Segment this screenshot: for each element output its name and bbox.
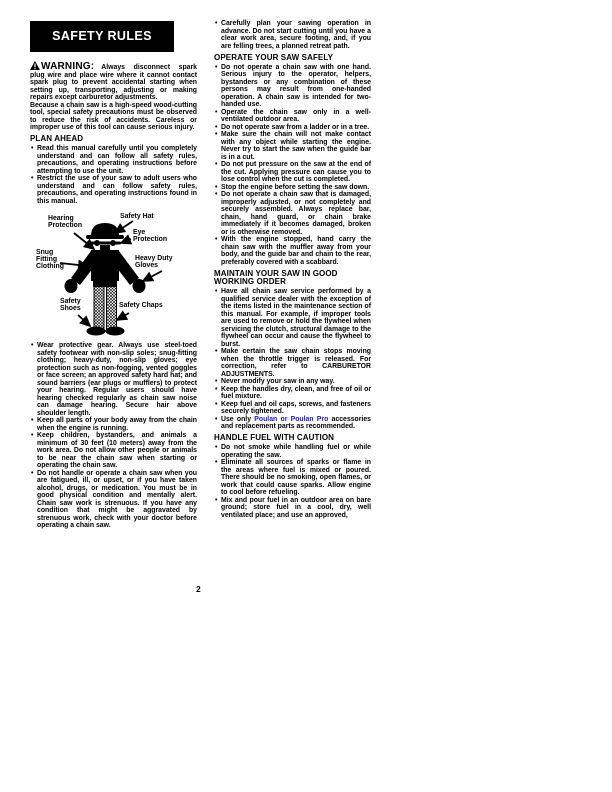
list-item: Make sure the chain will not make contac… — [214, 131, 371, 161]
arrow-eye-protection — [121, 239, 131, 243]
list-item: Restrict the use of your saw to adult us… — [30, 175, 197, 205]
heading-operate-your-saw-safely: OPERATE YOUR SAW SAFELY — [214, 54, 371, 63]
list-item: Do not operate a chain saw with one hand… — [214, 64, 371, 109]
figure-label-safety-chaps: Safety Chaps — [119, 302, 179, 309]
hat-brim-graphic — [86, 235, 124, 239]
list-item-use-only: Use only Poulan or Poulan Pro accessorie… — [214, 416, 371, 431]
poulan-brand-link[interactable]: Poulan or Poulan Pro — [254, 416, 328, 423]
arrow-safety-shoes — [78, 315, 90, 326]
use-only-text-pre: Use only — [221, 416, 254, 423]
list-item: Mix and pour fuel in an outdoor area on … — [214, 497, 371, 520]
list-item: Have all chain saw service performed by … — [214, 288, 371, 348]
list-item: Eliminate all sources of sparks or flame… — [214, 459, 371, 497]
right-shoe-graphic — [106, 327, 125, 336]
warning-paragraph: WARNING:Always disconnect spark plug wir… — [30, 61, 197, 102]
figure-label-snug-fitting-clothing: Snug Fitting Clothing — [36, 249, 72, 270]
page-title: SAFETY RULES — [52, 33, 152, 41]
arrow-safety-hat — [115, 221, 133, 233]
list-item: Keep the handles dry, clean, and free of… — [214, 386, 371, 401]
warning-triangle-icon — [30, 61, 40, 70]
heading-handle-fuel-with-caution: HANDLE FUEL WITH CAUTION — [214, 434, 371, 443]
right-column: Carefully plan your sawing operation in … — [214, 20, 371, 519]
figure-label-hearing-protection: Hearing Protection — [48, 215, 90, 229]
figure-label-safety-hat: Safety Hat — [120, 213, 170, 220]
section-title-bar: SAFETY RULES — [30, 21, 174, 52]
list-item: Wear protective gear. Always use steel-t… — [30, 342, 197, 417]
warning-heading: WARNING: — [30, 61, 94, 72]
left-glove-graphic — [65, 279, 78, 293]
figure-label-safety-shoes: Safety Shoes — [60, 298, 90, 312]
protective-gear-diagram: Hearing Protection Safety Hat Eye Protec… — [30, 209, 197, 339]
list-item: Do not handle or operate a chain saw whe… — [30, 470, 197, 530]
list-item: Keep fuel and oil caps, screws, and fast… — [214, 401, 371, 416]
arrow-safety-chaps — [117, 313, 129, 320]
list-item: Do not smoke while handling fuel or whil… — [214, 444, 371, 459]
protective-gear-list: Wear protective gear. Always use steel-t… — [30, 342, 197, 530]
handle-fuel-list: Do not smoke while handling fuel or whil… — [214, 444, 371, 519]
list-item: Do not put pressure on the saw at the en… — [214, 161, 371, 184]
list-item: Stop the engine before setting the saw d… — [214, 184, 371, 192]
right-chap-graphic — [107, 286, 117, 329]
list-item: With the engine stopped, hand carry the … — [214, 236, 371, 266]
arrow-heavy-duty-gloves — [143, 271, 162, 281]
torso-graphic — [91, 250, 119, 281]
list-item: Keep all parts of your body away from th… — [30, 417, 197, 432]
list-item: Make certain the saw chain stops moving … — [214, 348, 371, 378]
plan-ahead-continued-list: Carefully plan your sawing operation in … — [214, 20, 371, 50]
list-item: Do not operate a chain saw that is damag… — [214, 191, 371, 236]
left-shoe-graphic — [87, 327, 106, 336]
figure-label-heavy-duty-gloves: Heavy Duty Gloves — [135, 255, 181, 269]
list-item: Operate the chain saw only in a well-ven… — [214, 109, 371, 124]
operate-safely-list: Do not operate a chain saw with one hand… — [214, 64, 371, 267]
figure-label-eye-protection: Eye Protection — [133, 229, 175, 243]
maintain-saw-list: Have all chain saw service performed by … — [214, 288, 371, 431]
warning-label: WARNING: — [41, 61, 94, 72]
list-item: Read this manual carefully until you com… — [30, 145, 197, 175]
page-number: 2 — [196, 584, 201, 594]
list-item: Do not operate saw from a ladder or in a… — [214, 124, 371, 132]
safety-hat-graphic — [91, 223, 119, 236]
heading-plan-ahead: PLAN AHEAD — [30, 135, 197, 144]
list-item: Keep children, bystanders, and animals a… — [30, 432, 197, 470]
left-column: SAFETY RULES WARNING:Always disconnect s… — [30, 20, 197, 530]
plan-ahead-list: Read this manual carefully until you com… — [30, 145, 197, 205]
list-item: Never modify your saw in any way. — [214, 378, 371, 386]
manual-page: SAFETY RULES WARNING:Always disconnect s… — [0, 0, 612, 792]
warning-paragraph-2: Because a chain saw is a high-speed wood… — [30, 102, 197, 132]
list-item: Carefully plan your sawing operation in … — [214, 20, 371, 50]
left-chap-graphic — [94, 286, 104, 329]
heading-maintain-your-saw: MAINTAIN YOUR SAW IN GOOD WORKING ORDER — [214, 270, 371, 287]
